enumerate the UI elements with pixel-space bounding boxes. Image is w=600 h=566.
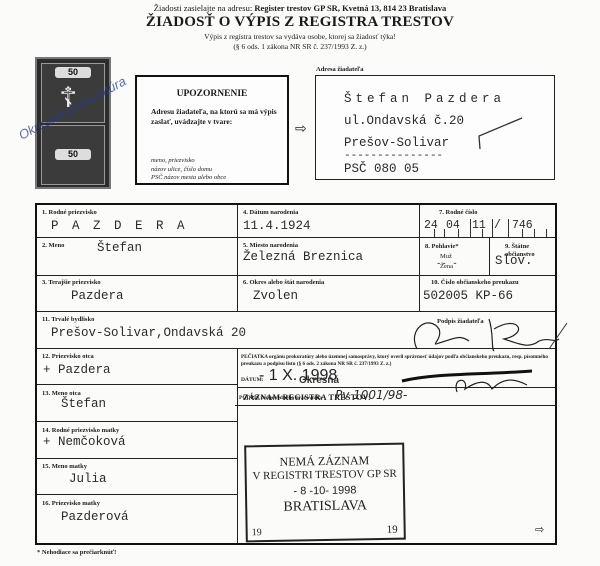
value-mother-birth-surname[interactable]: + Nemčoková (43, 435, 126, 449)
subtitle: Výpis z registra trestov sa vydáva osobe… (0, 32, 600, 52)
address-label: Adresa žiadateľa (316, 66, 364, 73)
label-gender: 8. Pohlavie* (425, 243, 459, 250)
arrow-right-icon: ⇨ (535, 523, 544, 536)
address-separator: --------------- (344, 150, 443, 162)
strike-through-mark: -- - (436, 259, 458, 269)
stamp-value-top: 50 (55, 67, 91, 78)
label-permanent-address: 11. Trvalé bydlisko (42, 316, 94, 323)
value-mother-name[interactable]: Julia (69, 472, 107, 486)
label-birth-number: 7. Rodné číslo (439, 209, 477, 216)
value-permanent-address[interactable]: Prešov-Solivar,Ondavská 20 (51, 326, 246, 340)
birth-number-part: 11 (472, 219, 486, 232)
tick (522, 229, 523, 237)
label-current-surname: 3. Terajšie priezvisko (42, 279, 101, 286)
hint-line: názov ulice, číslo domu (151, 166, 226, 175)
tick (434, 229, 435, 237)
label-father-name: 13. Meno otca (42, 390, 81, 397)
label-mother-name: 15. Meno matky (42, 463, 87, 470)
value-current-surname[interactable]: Pazdera (71, 289, 124, 303)
value-mother-surname[interactable]: Pazderová (61, 510, 129, 524)
applicant-signature (399, 309, 569, 355)
application-form: 1. Rodné priezvisko P A Z D E R A 2. Men… (35, 203, 557, 545)
send-to-line: Žiadosti zasielajte na adresu: Register … (0, 3, 600, 13)
page-title: ŽIADOSŤ O VÝPIS Z REGISTRA TRESTOV (0, 14, 600, 31)
tick (470, 219, 471, 237)
value-father-surname[interactable]: + Pazdera (43, 363, 111, 377)
value-birth-place[interactable]: Železná Breznica (243, 250, 363, 264)
stamp-line: V REGISTRI TRESTOV GP SR (247, 468, 403, 483)
value-birth-district[interactable]: Zvolen (253, 289, 298, 303)
warning-text: Adresu žiadateľa, na ktorú sa má výpis z… (151, 107, 281, 127)
stamp-word: Okresná (299, 375, 339, 386)
certification-stamp-text: PEČIATKA orgánu prokuratúry alebo územne… (241, 354, 555, 368)
address-name: Štefan Pazdera (344, 92, 505, 106)
warning-hint: meno, priezvisko názov ulice, číslo domu… (151, 157, 226, 183)
divider (37, 421, 237, 422)
label-official-signature: PODPIS zodpovedného pracovníka (239, 395, 322, 401)
divider (237, 205, 238, 311)
value-birth-surname[interactable]: P A Z D E R A (51, 219, 188, 233)
label-mother-birth-surname: 14. Rodné priezvisko matky (42, 427, 119, 434)
value-birth-date[interactable]: 11.4.1924 (243, 219, 311, 233)
stamp-line: BRATISLAVA (247, 498, 403, 517)
divider (237, 348, 238, 543)
address-postal: PSČ 080 05 (344, 162, 419, 176)
tick (458, 229, 459, 237)
stamp-date: - 8 -10- 1998 (247, 484, 403, 499)
label-first-name: 2. Meno (42, 242, 64, 249)
send-to-prefix: Žiadosti zasielajte na adresu: (154, 3, 252, 13)
divider (235, 405, 557, 406)
arrow-right-icon: ⇨ (295, 121, 307, 137)
tick (492, 219, 493, 237)
stamp-value-bottom: 50 (55, 149, 91, 160)
official-signature (397, 367, 557, 395)
divider (37, 237, 555, 238)
divider (419, 205, 420, 311)
tick (482, 229, 483, 237)
send-to-address: Register trestov GP SR, Kvetná 13, 814 2… (254, 3, 446, 13)
label-father-surname: 12. Priezvisko otca (42, 353, 94, 360)
value-first-name[interactable]: Štefan (97, 241, 142, 255)
birth-number-slash: / (494, 219, 501, 232)
subtitle-text: Výpis z registra trestov sa vydáva osobe… (0, 32, 600, 42)
birth-number-part: 24 (424, 219, 438, 232)
label-mother-surname: 16. Priezvisko matky (42, 500, 100, 507)
divider (37, 384, 237, 385)
applicant-address-box[interactable]: Štefan Pazdera ul.Ondavská č.20 Prešov-S… (315, 75, 555, 180)
tick (508, 219, 509, 237)
tick (546, 229, 547, 237)
label-birth-date: 4. Dátum narodenia (243, 209, 298, 216)
no-record-stamp: NEMÁ ZÁZNAM V REGISTRI TRESTOV GP SR - 8… (244, 443, 406, 543)
warning-title: UPOZORNENIE (137, 89, 287, 99)
warning-box: UPOZORNENIE Adresu žiadateľa, na ktorú s… (135, 75, 289, 185)
label-id-card-number: 10. Číslo občianskeho preukazu (431, 279, 519, 286)
value-id-card-number[interactable]: 502005 KP-66 (423, 289, 513, 303)
value-father-name[interactable]: Štefan (61, 397, 106, 411)
divider (37, 275, 555, 276)
value-signature-ref: Pv 1001/98- (335, 388, 407, 402)
divider (489, 237, 490, 275)
label-birth-surname: 1. Rodné priezvisko (42, 209, 97, 216)
divider (37, 494, 237, 495)
tick (534, 229, 535, 237)
address-city: Prešov-Solivar (344, 136, 449, 150)
checkmark-icon (476, 116, 526, 151)
label-birth-place: 5. Miesto narodenia (243, 242, 298, 249)
birth-number-field[interactable]: 24 04 11 / 746 (422, 219, 554, 237)
year-suffix: 19 (387, 524, 398, 536)
law-reference: (§ 6 ods. 1 zákona NR SR č. 237/1993 Z. … (0, 42, 600, 52)
footnote: * Nehodiace sa prečiarknúť! (37, 549, 116, 556)
hint-line: meno, priezvisko (151, 157, 226, 166)
tick (444, 229, 445, 237)
address-street: ul.Ondavská č.20 (344, 114, 464, 128)
value-citizenship[interactable]: Slov. (495, 254, 533, 268)
divider (37, 458, 237, 459)
hint-line: PSČ názov mesta alebo obce (151, 174, 226, 183)
label-birth-district: 6. Okres alebo štát narodenia (243, 279, 324, 286)
year-prefix: 19 (252, 527, 262, 538)
